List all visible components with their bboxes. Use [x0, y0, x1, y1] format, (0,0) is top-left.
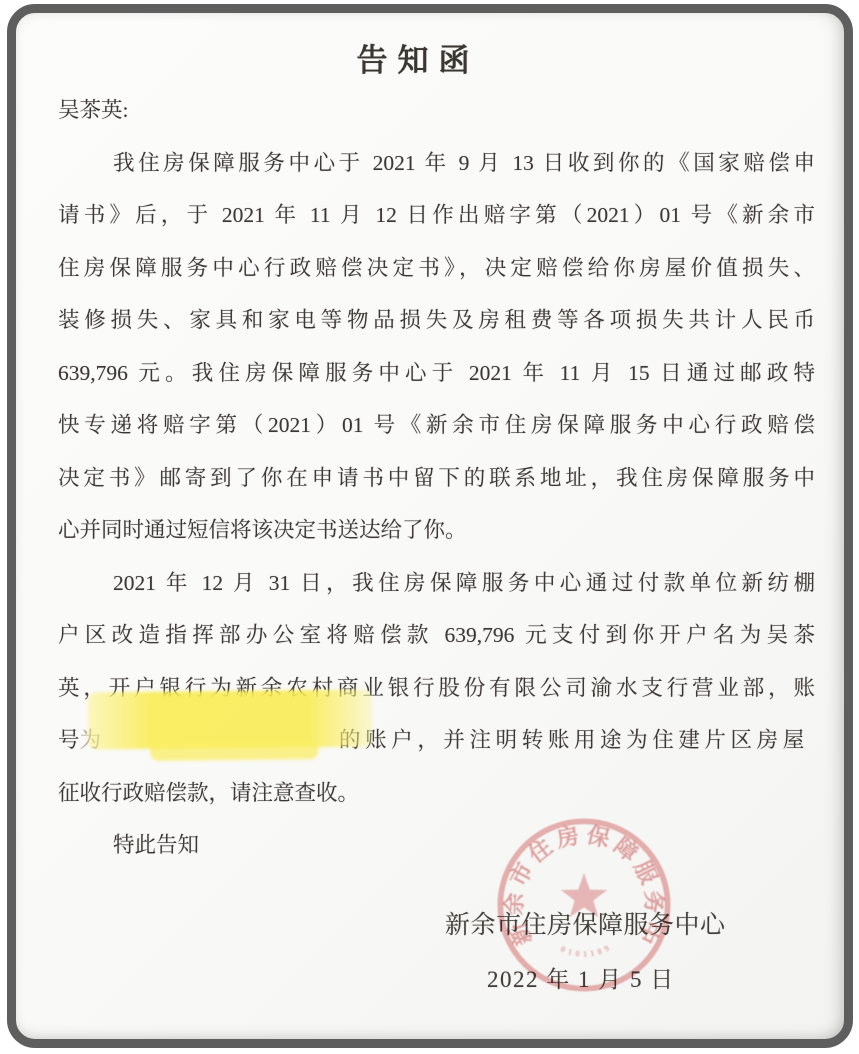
- body-line: 住房保障服务中心行政赔偿决定书》，决定赔偿给你房屋价值损失、: [58, 242, 815, 295]
- recipient-line: 吴茶英:: [58, 84, 815, 137]
- svg-text:0101189: 0101189: [559, 941, 614, 959]
- seal-number: 0101189: [559, 941, 614, 959]
- body-line: 639,796 元。我住房保障服务中心于 2021 年 11 月 15 日通过邮…: [58, 347, 815, 400]
- body-line: 我住房保障服务中心于 2021 年 9 月 13 日收到你的《国家赔偿申: [58, 137, 815, 190]
- document-body: 吴茶英: 我住房保障服务中心于 2021 年 9 月 13 日收到你的《国家赔偿…: [58, 84, 815, 872]
- closing-line: 特此告知: [58, 819, 815, 872]
- account-number-line: 号为的账户，并注明转账用途为住建片区房屋: [58, 714, 815, 767]
- account-line-prefix: 号: [58, 728, 80, 752]
- body-line: 快专递将赔字第（2021）01 号《新余市住房保障服务中心行政赔偿: [58, 399, 815, 452]
- body-line: 征收行政赔偿款，请注意查收。: [58, 767, 815, 820]
- account-line-suffix: 的账户，并注明转账用途为住建片区房屋: [339, 728, 809, 752]
- body-line: 装修损失、家具和家电等物品损失及房租费等各项损失共计人民币: [58, 294, 815, 347]
- scanned-document: { "doc": { "title": "告知函", "recipient": …: [0, 0, 859, 1054]
- body-line: 2021 年 12 月 31 日，我住房保障服务中心通过付款单位新纺棚: [58, 557, 815, 610]
- account-line-covered-text: 为: [80, 728, 102, 752]
- document-page: 告知函 吴茶英: 我住房保障服务中心于 2021 年 9 月 13 日收到你的《…: [7, 4, 853, 1048]
- redacted-account-number-gap: [101, 746, 339, 747]
- body-line: 户区改造指挥部办公室将赔偿款 639,796 元支付到你开户名为吴茶: [58, 609, 815, 662]
- body-line: 英，开户银行为新余农村商业银行股份有限公司渝水支行营业部，账: [58, 662, 815, 715]
- body-line: 请书》后，于 2021 年 11 月 12 日作出赔字第（2021）01 号《新…: [58, 189, 815, 242]
- issuer-signature: 新余市住房保障服务中心: [445, 905, 726, 941]
- document-date: 2022 年 1 月 5 日: [487, 961, 675, 994]
- document-title: 告知函: [7, 35, 832, 80]
- body-line: 心并同时通过短信将该决定书送达给了你。: [58, 504, 815, 557]
- body-line: 决定书》邮寄到了你在申请书中留下的联系地址，我住房保障服务中: [58, 452, 815, 505]
